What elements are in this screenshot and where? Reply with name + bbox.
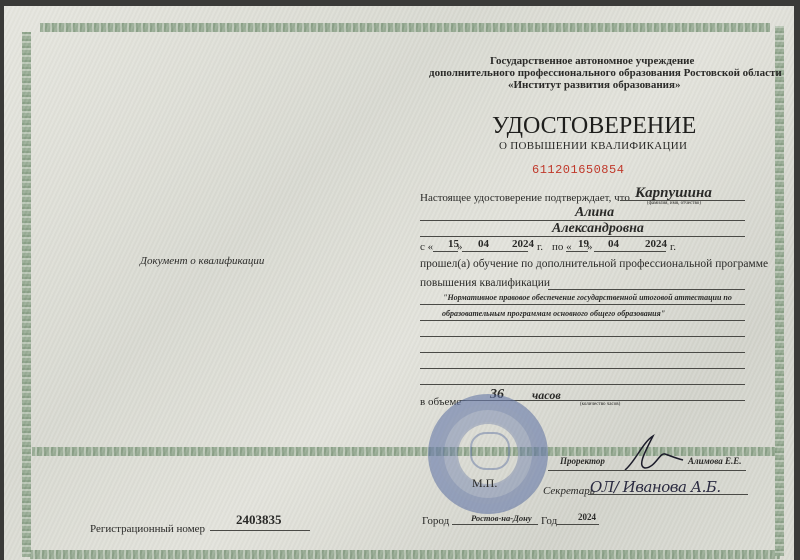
period-quote-2: »	[587, 241, 593, 253]
person-patronymic: Александровна	[552, 221, 644, 237]
program-intro-line-1: прошел(а) обучение по дополнительной про…	[420, 258, 768, 270]
issuer-line-3: «Институт развития образования»	[508, 79, 680, 91]
prorector-name: Алимова Е.Е.	[688, 456, 742, 466]
program-line-4	[420, 352, 745, 353]
to-month-line	[594, 251, 666, 252]
program-line-5	[420, 368, 745, 369]
from-month-line	[462, 251, 528, 252]
issuer-line-1: Государственное автономное учреждение	[490, 55, 694, 67]
to-day-line	[566, 251, 588, 252]
period-year-suffix-1: г.	[537, 241, 543, 253]
period-year-suffix-2: г.	[670, 241, 676, 253]
document-subtitle: О ПОВЫШЕНИИ КВАЛИФИКАЦИИ	[499, 140, 687, 152]
registration-line	[210, 530, 310, 531]
period-from-year: 2024	[512, 238, 534, 250]
year-value: 2024	[578, 512, 596, 522]
official-stamp	[428, 394, 548, 514]
volume-hint: (количество часов)	[580, 402, 620, 407]
person-hint: (фамилия, имя, отчество)	[647, 201, 701, 206]
confirm-text: Настоящее удостоверение подтверждает, чт…	[420, 192, 630, 204]
program-name-line-2: образовательным программам основного общ…	[442, 309, 665, 318]
bottom-border	[30, 550, 780, 559]
issuer-line-2: дополнительного профессионального образо…	[429, 67, 782, 79]
secretary-label: Секретарь	[543, 485, 595, 497]
period-from-month: 04	[478, 238, 489, 250]
patronymic-line	[420, 236, 745, 237]
program-line-6	[420, 384, 745, 385]
city-label: Город	[422, 515, 449, 527]
prorector-label: Проректор	[560, 456, 605, 466]
intro-line	[548, 289, 745, 290]
city-line	[452, 524, 538, 525]
registration-number: 2403835	[236, 512, 282, 528]
right-border	[775, 26, 784, 556]
person-name: Алина	[575, 205, 614, 221]
program-line-3	[420, 336, 745, 337]
program-line-2	[420, 320, 745, 321]
registration-label: Регистрационный номер	[90, 523, 205, 535]
secretary-line	[588, 494, 748, 495]
year-label: Год	[541, 515, 557, 527]
program-name-line-1: "Нормативное правовое обеспечение госуда…	[443, 293, 732, 302]
stamp-label: М.П.	[472, 476, 497, 491]
period-to-month: 04	[608, 238, 619, 250]
program-intro-line-2: повышения квалификации	[420, 277, 550, 289]
from-day-line	[433, 251, 458, 252]
period-to-year: 2024	[645, 238, 667, 250]
left-caption: Документ о квалификации	[140, 255, 264, 267]
stamp-emblem-icon	[470, 432, 510, 470]
document-title: УДОСТОВЕРЕНИЕ	[492, 113, 696, 140]
period-from-prefix: с «	[420, 241, 433, 253]
serial-number: 611201650854	[532, 163, 624, 177]
top-border	[40, 23, 770, 32]
prorector-line	[548, 470, 746, 471]
year-line	[557, 524, 599, 525]
left-border	[22, 32, 31, 557]
program-line-1	[420, 304, 745, 305]
city-value: Ростов-на-Дону	[471, 513, 532, 523]
